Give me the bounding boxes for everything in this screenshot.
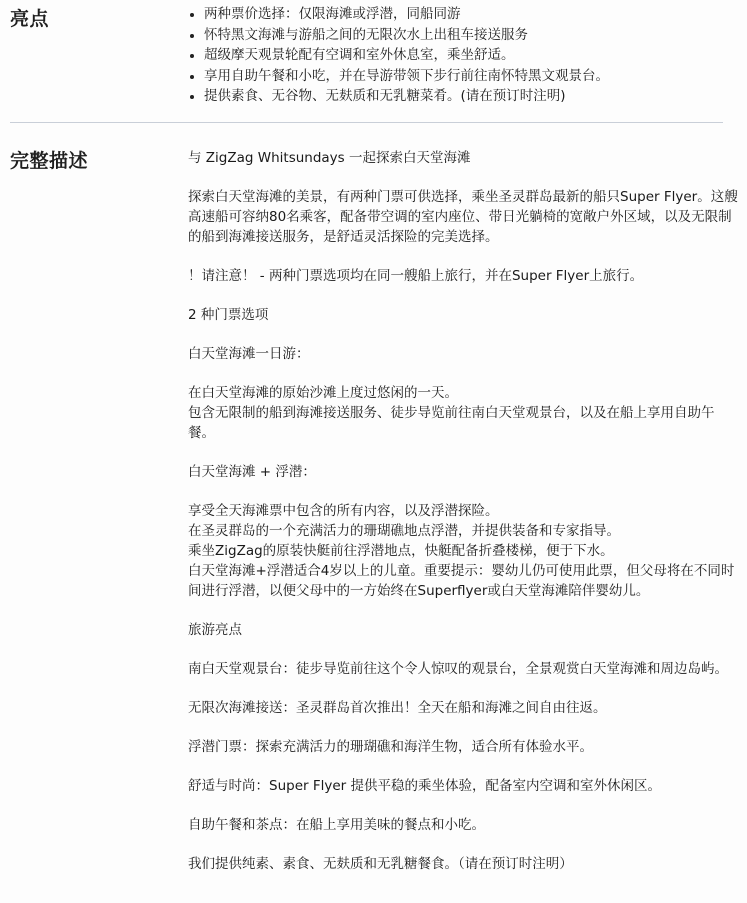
option2-line: 白天堂海滩+浮潜适合4岁以上的儿童。重要提示：婴幼儿仍可使用此票，但父母将在不同… — [188, 561, 738, 601]
intro-paragraph: 探索白天堂海滩的美景，有两种门票可供选择，乘坐圣灵群岛最新的船只Super Fl… — [188, 187, 738, 247]
highlight-item: 两种票价选择：仅限海滩或浮潜，同船同游 — [190, 4, 609, 25]
option2-line: 在圣灵群岛的一个充满活力的珊瑚礁地点浮潜，并提供装备和专家指导。 — [188, 521, 738, 541]
highlights-section: 亮点 两种票价选择：仅限海滩或浮潜，同船同游 怀特黑文海滩与游船之间的无限次水上… — [0, 0, 747, 110]
option2-title: 白天堂海滩 + 浮潜： — [188, 462, 738, 482]
tour-highlights-heading: 旅游亮点 — [188, 620, 738, 640]
notice-text: ！请注意！ - 两种门票选项均在同一艘船上旅行，并在Super Flyer上旅行… — [188, 266, 738, 286]
option2-line: 乘坐ZigZag的原装快艇前往浮潜地点，快艇配备折叠楼梯，便于下水。 — [188, 541, 738, 561]
ticket-options-heading: 2 种门票选项 — [188, 305, 738, 325]
tour-highlight: 无限次海滩接送：圣灵群岛首次推出！全天在船和海滩之间自由往返。 — [188, 698, 738, 718]
tour-highlight: 舒适与时尚：Super Flyer 提供平稳的乘坐体验，配备室内空调和室外休闲区… — [188, 776, 738, 796]
highlight-item: 超级摩天观景轮配有空调和室外休息室，乘坐舒适。 — [190, 45, 609, 66]
highlight-item: 提供素食、无谷物、无麸质和无乳糖菜肴。(请在预订时注明) — [190, 86, 609, 107]
description-body: 与 ZigZag Whitsundays 一起探索白天堂海滩 探索白天堂海滩的美… — [188, 148, 738, 893]
tour-highlight: 南白天堂观景台：徒步导览前往这个令人惊叹的观景台，全景观赏白天堂海滩和周边岛屿。 — [188, 659, 738, 679]
section-divider — [10, 122, 723, 123]
highlight-item: 怀特黑文海滩与游船之间的无限次水上出租车接送服务 — [190, 25, 609, 46]
tour-highlight: 浮潜门票：探索充满活力的珊瑚礁和海洋生物，适合所有体验水平。 — [188, 737, 738, 757]
intro-heading: 与 ZigZag Whitsundays 一起探索白天堂海滩 — [188, 148, 738, 168]
highlight-item: 享用自助午餐和小吃，并在导游带领下步行前往南怀特黑文观景台。 — [190, 66, 609, 87]
full-description-title: 完整描述 — [10, 146, 88, 173]
option1-title: 白天堂海滩一日游： — [188, 344, 738, 364]
highlights-list: 两种票价选择：仅限海滩或浮潜，同船同游 怀特黑文海滩与游船之间的无限次水上出租车… — [190, 4, 609, 107]
tour-highlight: 自助午餐和茶点：在船上享用美味的餐点和小吃。 — [188, 815, 738, 835]
highlights-title: 亮点 — [10, 4, 49, 31]
tour-highlight: 我们提供纯素、素食、无麸质和无乳糖餐食。（请在预订时注明） — [188, 854, 738, 874]
option1-line: 包含无限制的船到海滩接送服务、徒步导览前往南白天堂观景台，以及在船上享用自助午餐… — [188, 403, 738, 443]
option2-line: 享受全天海滩票中包含的所有内容，以及浮潜探险。 — [188, 501, 738, 521]
option1-line: 在白天堂海滩的原始沙滩上度过悠闲的一天。 — [188, 383, 738, 403]
